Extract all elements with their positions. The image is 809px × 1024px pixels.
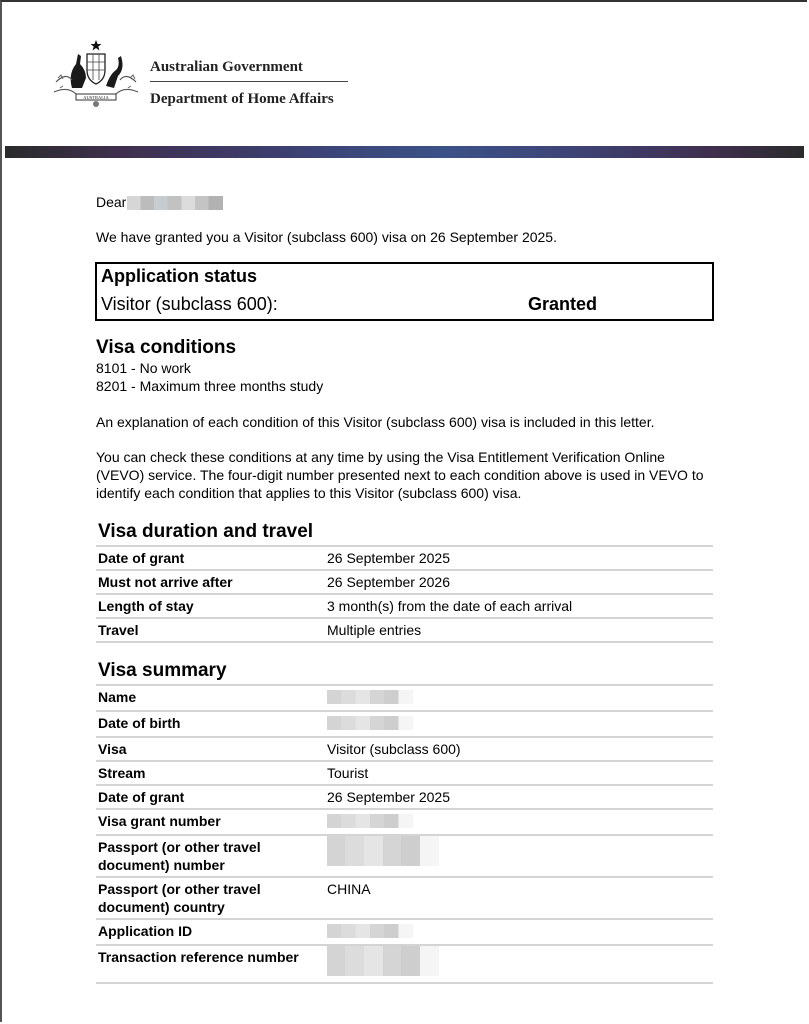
row-label: Date of grant <box>98 788 327 806</box>
visa-duration-title: Visa duration and travel <box>98 521 716 543</box>
row-value <box>327 922 713 942</box>
intro-text: We have granted you a Visitor (subclass … <box>96 228 714 246</box>
row-value: CHINA <box>327 880 713 916</box>
row-value: 26 September 2026 <box>327 573 713 591</box>
row-label: Passport (or other travel document) numb… <box>98 838 327 874</box>
visa-conditions-title: Visa conditions <box>96 337 714 359</box>
row-value <box>327 838 713 874</box>
row-label: Travel <box>98 621 327 639</box>
conditions-explanation: An explanation of each condition of this… <box>96 413 714 431</box>
table-row: StreamTourist <box>96 762 713 786</box>
vevo-note: You can check these conditions at any ti… <box>96 448 714 502</box>
row-value: Multiple entries <box>327 621 713 639</box>
table-row: Name <box>96 684 713 712</box>
coat-of-arms-icon: AUSTRALIA <box>50 38 142 110</box>
row-label: Date of grant <box>98 549 327 567</box>
row-label: Passport (or other travel document) coun… <box>98 880 327 916</box>
salutation: Dear <box>96 193 714 211</box>
condition-item: 8201 - Maximum three months study <box>96 377 714 395</box>
svg-text:AUSTRALIA: AUSTRALIA <box>83 95 109 100</box>
redacted-value <box>327 946 439 976</box>
redacted-value <box>327 924 413 938</box>
salutation-text: Dear <box>96 194 126 210</box>
vevo-note-text: You can check these conditions at any ti… <box>96 448 714 502</box>
row-value: 26 September 2025 <box>327 549 713 567</box>
row-value <box>327 812 713 832</box>
row-label: Stream <box>98 764 327 782</box>
letterhead: AUSTRALIA Australian Government Departme… <box>50 38 370 116</box>
table-row: Date of grant26 September 2025 <box>96 545 713 571</box>
row-value <box>327 714 713 734</box>
table-row: VisaVisitor (subclass 600) <box>96 738 713 762</box>
row-value: 26 September 2025 <box>327 788 713 806</box>
visa-summary-title: Visa summary <box>98 660 716 682</box>
visa-summary-table: NameDate of birthVisaVisitor (subclass 6… <box>96 684 713 984</box>
redacted-value <box>327 716 413 730</box>
row-label: Length of stay <box>98 597 327 615</box>
row-value: Tourist <box>327 764 713 782</box>
explanation-text: An explanation of each condition of this… <box>96 413 714 431</box>
table-row: TravelMultiple entries <box>96 619 713 643</box>
visa-conditions-section: Visa conditions 8101 - No work 8201 - Ma… <box>96 337 714 395</box>
table-row: Date of birth <box>96 712 713 738</box>
org-name: Australian Government <box>150 59 303 76</box>
row-label: Visa grant number <box>98 812 327 832</box>
table-row: Must not arrive after26 September 2026 <box>96 571 713 595</box>
condition-item: 8101 - No work <box>96 359 714 377</box>
table-row: Passport (or other travel document) numb… <box>96 836 713 878</box>
department-name: Department of Home Affairs <box>150 91 334 108</box>
table-row: Application ID <box>96 920 713 946</box>
row-value <box>327 948 713 980</box>
row-label: Visa <box>98 740 327 758</box>
row-value <box>327 688 713 708</box>
row-label: Must not arrive after <box>98 573 327 591</box>
redacted-value <box>327 814 413 828</box>
recipient-name-redacted <box>127 196 223 210</box>
intro-paragraph: We have granted you a Visitor (subclass … <box>96 228 714 246</box>
row-value: 3 month(s) from the date of each arrival <box>327 597 713 615</box>
table-row: Transaction reference number <box>96 946 713 984</box>
row-label: Date of birth <box>98 714 327 734</box>
letterhead-rule <box>150 81 348 82</box>
table-row: Visa grant number <box>96 810 713 836</box>
table-row: Passport (or other travel document) coun… <box>96 878 713 920</box>
table-row: Date of grant26 September 2025 <box>96 786 713 810</box>
visa-summary-heading: Visa summary <box>98 660 716 682</box>
row-value: Visitor (subclass 600) <box>327 740 713 758</box>
application-status-box: Application status Visitor (subclass 600… <box>95 262 714 321</box>
application-status-title: Application status <box>101 266 257 287</box>
redacted-value <box>327 836 439 866</box>
redacted-value <box>327 690 413 704</box>
application-status-label: Visitor (subclass 600): <box>101 294 278 315</box>
visa-duration-table: Date of grant26 September 2025Must not a… <box>96 545 713 643</box>
header-banner <box>5 146 804 158</box>
row-label: Transaction reference number <box>98 948 327 980</box>
table-row: Length of stay3 month(s) from the date o… <box>96 595 713 619</box>
row-label: Name <box>98 688 327 708</box>
row-label: Application ID <box>98 922 327 942</box>
visa-duration-heading: Visa duration and travel <box>98 521 716 543</box>
application-status-value: Granted <box>528 294 597 315</box>
